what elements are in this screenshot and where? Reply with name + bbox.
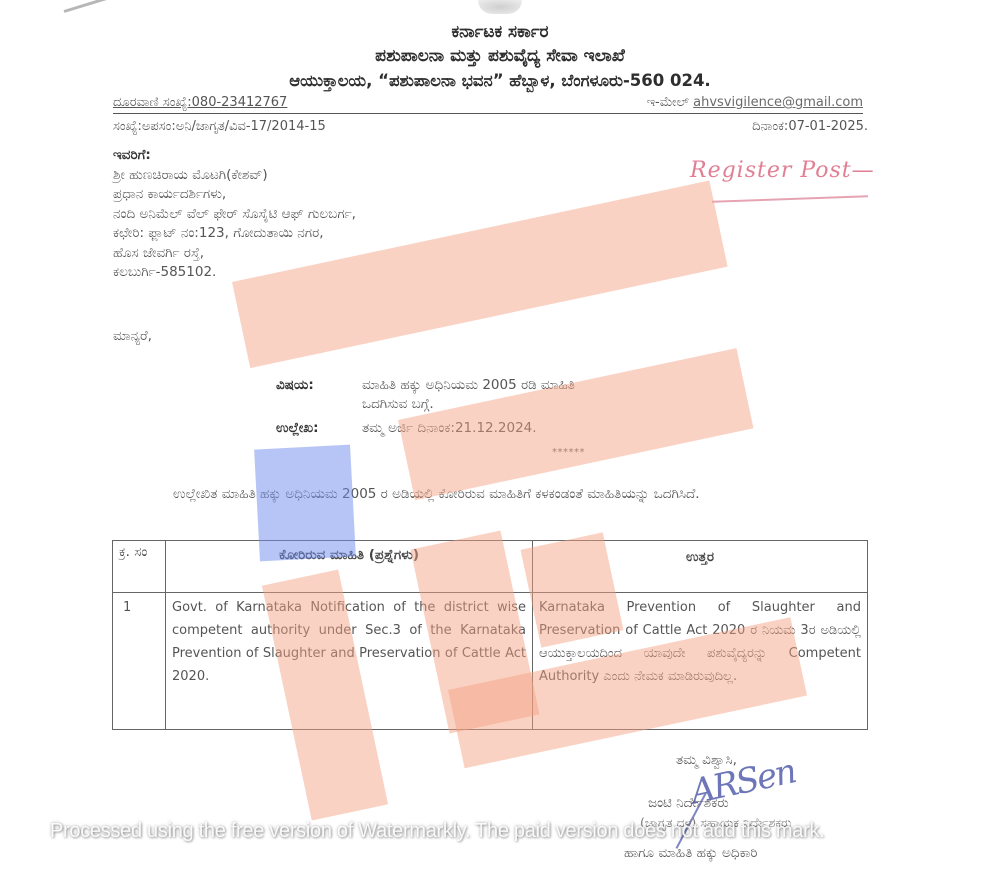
reference-number: ಸಂಖ್ಯೆ:ಅಪಸಂ:ಅನಿ/ಜಾಗೃತ/ವಿವ-17/2014-15 — [113, 119, 326, 134]
recipient-label: ಇವರಿಗೆ: — [113, 146, 356, 166]
designation-joint-director: ಜಂಟಿ ನಿರ್ದೇಶಕರು — [648, 795, 729, 811]
header-question: ಕೋರಿರುವ ಮಾಹಿತಿ (ಪ್ರಶ್ನೆಗಳು) — [166, 541, 533, 593]
recipient-address: ಇವರಿಗೆ: ಶ್ರೀ ಹುಣಚಿರಾಯ ಮೊಟಗಿ(ಕೇಶವ್) ಪ್ರಧಾ… — [113, 146, 356, 283]
email-label: ಇ-ಮೇಲ್ — [647, 95, 689, 110]
rti-table: ಕ್ರ. ಸಂ ಕೋರಿರುವ ಮಾಹಿತಿ (ಪ್ರಶ್ನೆಗಳು) ಉತ್ತ… — [112, 540, 868, 730]
separator: ****** — [552, 447, 585, 458]
letter-page: ಕರ್ನಾಟಕ ಸರ್ಕಾರ ಪಶುಪಾಲನಾ ಮತ್ತು ಪಶುವೈದ್ಯ ಸ… — [0, 0, 1000, 870]
body-paragraph: ಉಲ್ಲೇಖಿತ ಮಾಹಿತಿ ಹಕ್ಕು ಅಧಿನಿಯಮ 2005 ರ ಅಡಿ… — [113, 484, 863, 505]
handwritten-underline — [712, 195, 868, 202]
cell-sl-no: 1 — [113, 593, 166, 730]
subject-label: ವಿಷಯ: — [276, 376, 314, 395]
recipient-line: ನಂದಿ ಅನಿಮೆಲ್ ವೆಲ್ ಫೇರ್ ಸೊಸೈಟಿ ಆಫ್ ಗುಲಬರ್… — [113, 205, 356, 225]
subject-line: ಒದಗಿಸುವ ಬಗ್ಗೆ. — [362, 395, 434, 414]
recipient-line: ಪ್ರಧಾನ ಕಾರ್ಯದರ್ಶಿಗಳು, — [113, 185, 356, 205]
subject-line: ಮಾಹಿತಿ ಹಕ್ಕು ಅಧಿನಿಯಮ 2005 ರಡಿ ಮಾಹಿತಿ — [362, 376, 575, 395]
salutation: ಮಾನ್ಯರೆ, — [113, 328, 152, 344]
cell-question: Govt. of Karnataka Notification of the d… — [166, 593, 533, 730]
recipient-line: ಹೊಸ ಜೇವರ್ಗಿ ರಸ್ತೆ, — [113, 244, 356, 264]
govt-title: ಕರ್ನಾಟಕ ಸರ್ಕಾರ — [0, 22, 1000, 42]
table-header-row: ಕ್ರ. ಸಂ ಕೋರಿರುವ ಮಾಹಿತಿ (ಪ್ರಶ್ನೆಗಳು) ಉತ್ತ… — [113, 541, 868, 593]
letter-date: ದಿನಾಂಕ:07-01-2025. — [752, 119, 868, 134]
header-sl-no: ಕ್ರ. ಸಂ — [113, 541, 166, 593]
reference-value: ತಮ್ಮ ಅರ್ಜಿ ದಿನಾಂಕ:21.12.2024. — [362, 419, 537, 438]
office-address: ಆಯುಕ್ತಾಲಯ, “ಪಶುಪಾಲನಾ ಭವನ” ಹೆಬ್ಬಾಳ, ಬೆಂಗಳ… — [0, 71, 1000, 91]
handwritten-register-post: Register Post— — [690, 158, 875, 183]
recipient-line: ಕಲಬುರ್ಗಿ-585102. — [113, 263, 356, 283]
watermark-text: Processed using the free version of Wate… — [50, 820, 824, 843]
department-title: ಪಶುಪಾಲನಾ ಮತ್ತು ಪಶುವೈದ್ಯ ಸೇವಾ ಇಲಾಖೆ — [0, 46, 1000, 66]
contact-row: ದೂರವಾಣಿ ಸಂಖ್ಯೆ:080-23412767 ಇ-ಮೇಲ್ ahvsv… — [113, 95, 863, 114]
recipient-line: ಶ್ರೀ ಹುಣಚಿರಾಯ ಮೊಟಗಿ(ಕೇಶವ್) — [113, 166, 356, 186]
email-link[interactable]: ahvsvigilence@gmail.com — [693, 95, 863, 110]
phone-number: ದೂರವಾಣಿ ಸಂಖ್ಯೆ:080-23412767 — [113, 95, 287, 110]
designation-rti-officer: ಹಾಗೂ ಮಾಹಿತಿ ಹಕ್ಕು ಅಧಿಕಾರಿ — [624, 845, 758, 861]
reference-label: ಉಲ್ಲೇಖ: — [276, 419, 319, 438]
reference-row: ಸಂಖ್ಯೆ:ಅಪಸಂ:ಅನಿ/ಜಾಗೃತ/ವಿವ-17/2014-15 ದಿನ… — [113, 119, 868, 134]
karnataka-emblem-icon — [478, 0, 522, 14]
pen-mark — [64, 0, 118, 13]
cell-answer: Karnataka Prevention of Slaughter and Pr… — [533, 593, 868, 730]
recipient-line: ಕಛೇರಿ: ಫ್ಲಾಟ್ ನಂ:123, ಗೋದುತಾಯಿ ನಗರ, — [113, 224, 356, 244]
table-row: 1 Govt. of Karnataka Notification of the… — [113, 593, 868, 730]
email-block: ಇ-ಮೇಲ್ ahvsvigilence@gmail.com — [647, 95, 863, 110]
header-answer: ಉತ್ತರ — [533, 541, 868, 593]
